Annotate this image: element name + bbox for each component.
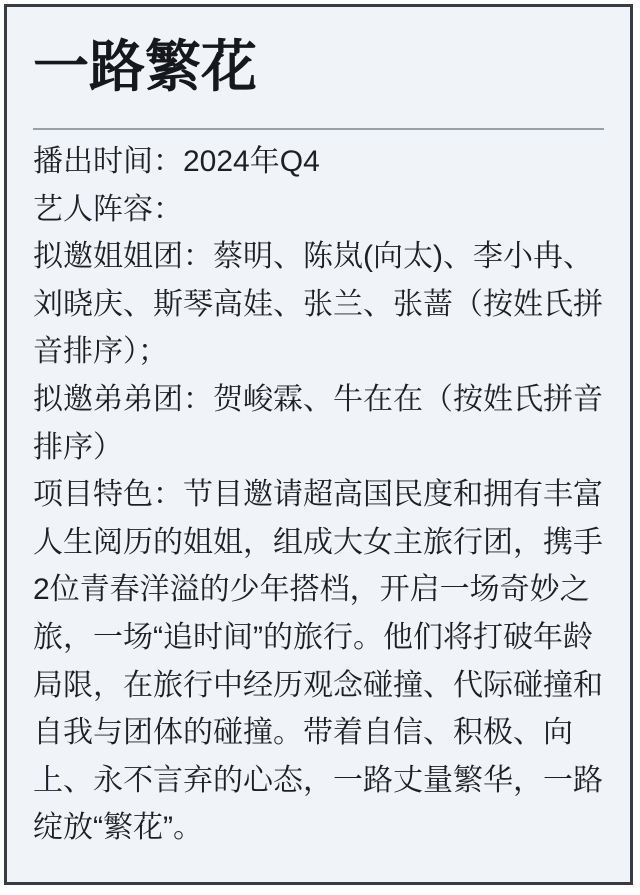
program-details: 播出时间：2024年Q4 艺人阵容： 拟邀姐姐团：蔡明、陈岚(向太)、李小冉、刘…	[33, 138, 604, 852]
sisters-lineup-paragraph: 拟邀姐姐团：蔡明、陈岚(向太)、李小冉、刘晓庆、斯琴高娃、张兰、张蔷（按姓氏拼音…	[33, 233, 604, 376]
program-title: 一路繁花	[33, 39, 604, 95]
broadcast-time-line: 播出时间：2024年Q4	[33, 138, 604, 186]
program-info-card: 一路繁花 播出时间：2024年Q4 艺人阵容： 拟邀姐姐团：蔡明、陈岚(向太)、…	[4, 4, 633, 885]
cast-lineup-heading: 艺人阵容：	[33, 186, 604, 234]
brothers-lineup-paragraph: 拟邀弟弟团：贺峻霖、牛在在（按姓氏拼音排序）	[33, 376, 604, 471]
title-divider	[33, 128, 604, 130]
project-features-paragraph: 项目特色：节目邀请超高国民度和拥有丰富人生阅历的姐姐，组成大女主旅行团，携手2位…	[33, 471, 604, 852]
